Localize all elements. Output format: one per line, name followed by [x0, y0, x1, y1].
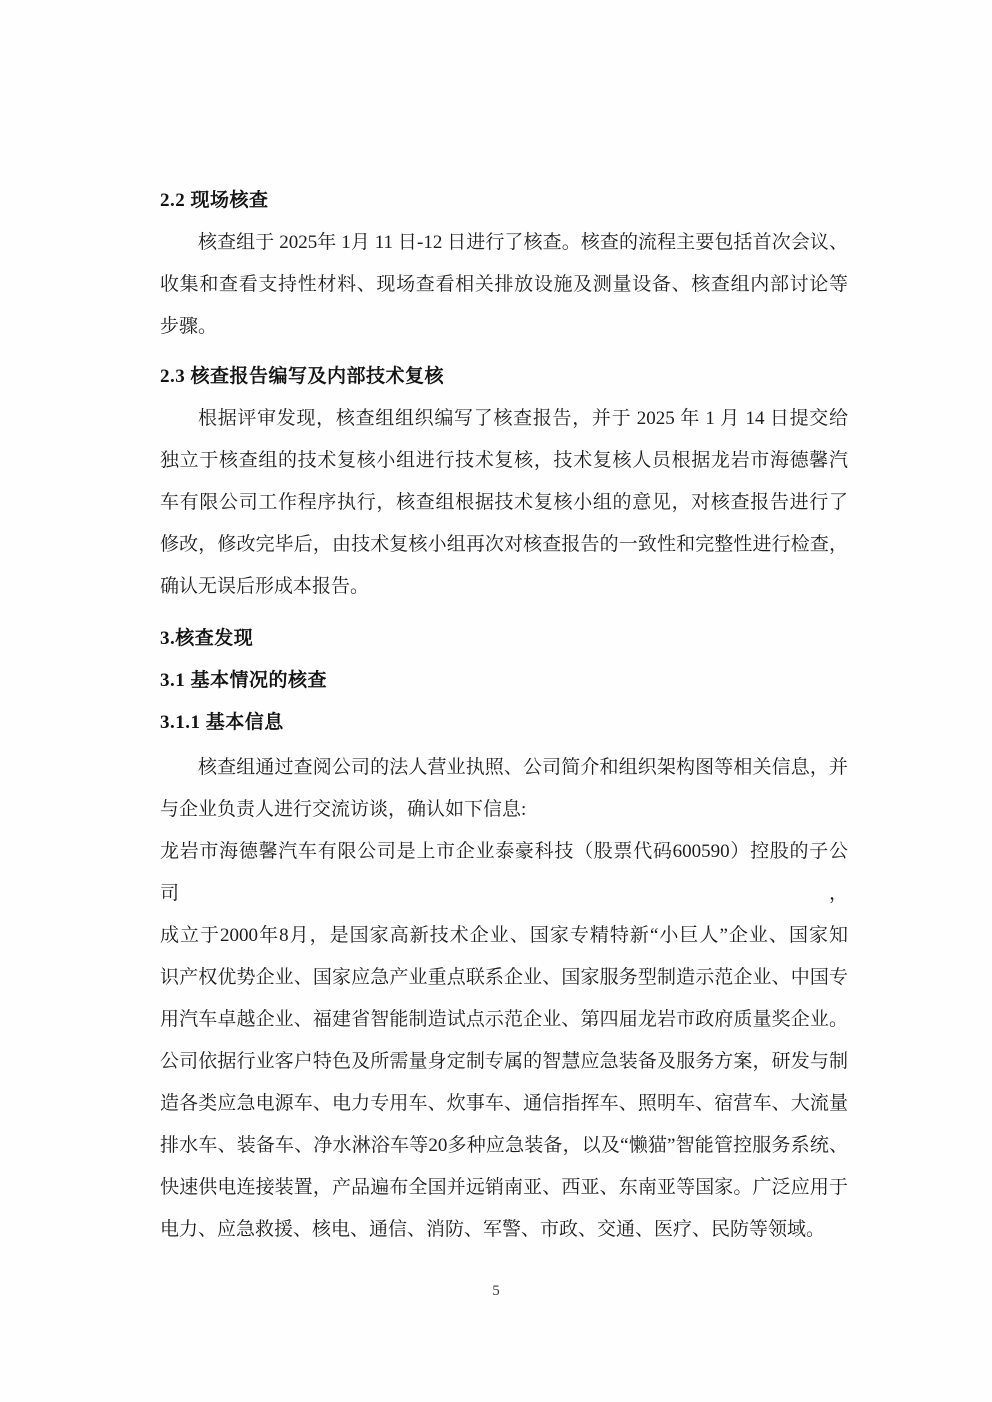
text-line: 收集和查看支持性材料、现场查看相关排放设施及测量设备、核查组内部讨论等: [160, 264, 848, 306]
text-line: 核查组通过查阅公司的法人营业执照、公司简介和组织架构图等相关信息，并: [160, 747, 848, 789]
text-line: 用汽车卓越企业、福建省智能制造试点示范企业、第四届龙岩市政府质量奖企业。: [160, 999, 848, 1041]
page-number: 5: [0, 1283, 992, 1300]
text-line: 成立于2000年8月，是国家高新技术企业、国家专精特新“小巨人”企业、国家知: [160, 915, 848, 957]
text-line: 根据评审发现，核查组组织编写了核查报告，并于 2025 年 1 月 14 日提交…: [160, 398, 848, 440]
text-line: 确认无误后形成本报告。: [160, 566, 848, 608]
text-line: 车有限公司工作程序执行，核查组根据技术复核小组的意见，对核查报告进行了: [160, 482, 848, 524]
section-heading-3-1: 3.1 基本情况的核查: [160, 660, 848, 702]
section-heading-2-2: 2.2 现场核查: [160, 180, 848, 222]
section-heading-3-1-1: 3.1.1 基本信息: [160, 702, 848, 744]
text-line: 排水车、装备车、净水淋浴车等20多种应急装备，以及“懒猫”智能管控服务系统、: [160, 1125, 848, 1167]
section-heading-3: 3.核查发现: [160, 618, 848, 660]
text-line: 龙岩市海德馨汽车有限公司是上市企业泰豪科技（股票代码600590）控股的子公司，: [160, 831, 848, 915]
text-line: 与企业负责人进行交流访谈，确认如下信息:: [160, 789, 848, 831]
page-content: 2.2 现场核查 核查组于 2025年 1月 11 日-12 日进行了核查。核查…: [160, 180, 848, 1251]
section-heading-2-3: 2.3 核查报告编写及内部技术复核: [160, 356, 848, 398]
text-line: 快速供电连接装置，产品遍布全国并远销南亚、西亚、东南亚等国家。广泛应用于: [160, 1167, 848, 1209]
text-line: 识产权优势企业、国家应急产业重点联系企业、国家服务型制造示范企业、中国专: [160, 957, 848, 999]
text-line: 公司依据行业客户特色及所需量身定制专属的智慧应急装备及服务方案，研发与制: [160, 1041, 848, 1083]
text-line: 核查组于 2025年 1月 11 日-12 日进行了核查。核查的流程主要包括首次…: [160, 222, 848, 264]
document-page: 2.2 现场核查 核查组于 2025年 1月 11 日-12 日进行了核查。核查…: [0, 0, 992, 1402]
text-line: 电力、应急救援、核电、通信、消防、军警、市政、交通、医疗、民防等领域。: [160, 1209, 848, 1251]
text-line: 步骤。: [160, 306, 848, 348]
text-line: 造各类应急电源车、电力专用车、炊事车、通信指挥车、照明车、宿营车、大流量: [160, 1083, 848, 1125]
text-line: 独立于核查组的技术复核小组进行技术复核，技术复核人员根据龙岩市海德馨汽: [160, 440, 848, 482]
text-line: 修改，修改完毕后，由技术复核小组再次对核查报告的一致性和完整性进行检查，: [160, 524, 848, 566]
